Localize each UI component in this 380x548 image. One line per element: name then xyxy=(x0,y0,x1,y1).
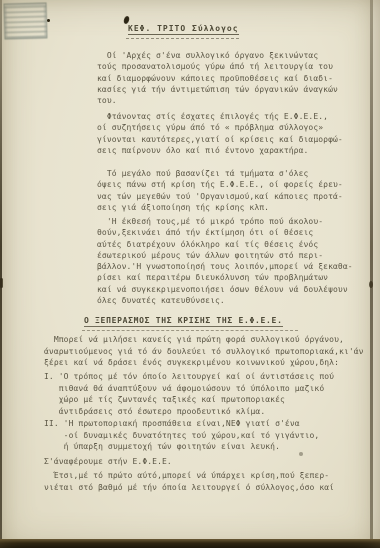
text-line: Φτάνοντας στίς έσχατες έπιλογές τής Ε.Φ.… xyxy=(97,111,369,122)
text-line: -οί δυναμικές δυνατότητες τού χώρου,καί … xyxy=(44,430,372,442)
text-line: Ι. 'Ο τρόπος μέ τόν όποίο λειτουργεί καί… xyxy=(44,371,372,383)
text-line: χώρο μέ τίς ζωντανές ταξικές καί πρωτοπο… xyxy=(44,394,372,406)
text-line: όψεις πάνω στή κρίση τής Ε.Φ.Ε.Ε., οί φο… xyxy=(97,179,369,190)
paragraph: 'Η έκθεσή τους,μέ τό μικρό τρόπο πού άκο… xyxy=(97,216,369,306)
text-line: του. xyxy=(97,95,369,106)
text-line: ξέρει καί νά δράσει ένός συγκεκριμένου κ… xyxy=(44,357,372,369)
text-line: Τό μεγάλο πού βασανίζει τά τμήματα σ'όλε… xyxy=(97,168,369,179)
scanned-document-page: ΚΕΦ. ΤΡΙΤΟ Σύλλογος Οί 'Αρχές σ'ένα συλλ… xyxy=(0,0,380,548)
paragraph: Μπορεί νά μιλήσει κανείς γιά πρώτη φορά … xyxy=(44,334,372,369)
heading-underline xyxy=(82,330,298,331)
text-line: Σ'άναφέρουμε στήν Ε.Φ.Ε.Ε. xyxy=(44,456,372,468)
paragraph: Έτσι,μέ τό πρώτο αύτό,μπορεί νά ύπάρχει … xyxy=(44,470,372,493)
paragraph: Σ'άναφέρουμε στήν Ε.Φ.Ε.Ε. xyxy=(44,456,372,468)
text-line: ΙΙ. 'Η πρωτοποριακή προσπάθεια είναι,ΝΕΦ… xyxy=(44,418,372,430)
text-line: νιέται στό βαθμό μέ τήν όποία λειτουργεί… xyxy=(44,482,372,494)
list-item: Ι. 'Ο τρόπος μέ τόν όποίο λειτουργεί καί… xyxy=(44,371,372,418)
archive-stamp-icon xyxy=(4,2,48,39)
ink-speck xyxy=(47,19,50,22)
paragraph: Φτάνοντας στίς έσχατες έπιλογές τής Ε.Φ.… xyxy=(97,111,369,156)
text-line: καί νά συγκεκριμενοποιήσει όσων θέλουν ν… xyxy=(97,284,369,295)
text-line: γίνονται καυτότερες,γιατί οί κρίσεις καί… xyxy=(97,134,369,145)
text-line: Οί 'Αρχές σ'ένα συλλογικό όργανο ξεκινών… xyxy=(97,50,369,61)
text-line: θούν,ξεκινάει άπό τήν έκτίμηση ότι οί θέ… xyxy=(97,227,369,238)
text-line: τούς προσανατολισμούς γύρω άπό τή λειτου… xyxy=(97,61,369,72)
text-line: ή ύπαρξη συμμετοχή τών φοιτητών είναι λε… xyxy=(44,441,372,453)
text-line: Μπορεί νά μιλήσει κανείς γιά πρώτη φορά … xyxy=(44,334,372,346)
paper-edge-bottom xyxy=(0,539,380,548)
text-line: νας τών μεγεθών τού 'Οργανισμού,καί κάπο… xyxy=(97,191,369,202)
text-line: άντιδράσεις στό έσωτερο προοδευτικό κλίμ… xyxy=(44,406,372,418)
text-line: καί διαμορφώνουν κάποιες προϋποθέσεις κα… xyxy=(97,73,369,84)
paragraph: Οί 'Αρχές σ'ένα συλλογικό όργανο ξεκινών… xyxy=(97,50,369,106)
text-line: ρίσει καί περαιτέρω διευκόλυνση τών προβ… xyxy=(97,272,369,283)
paper-edge-left xyxy=(0,0,2,548)
text-line: όλες δυνατές κατευθύνσεις. xyxy=(97,295,369,306)
text-line: έσωτερικού μέρους τών άλλων φοιτητών στό… xyxy=(97,250,369,261)
list-item: ΙΙ. 'Η πρωτοποριακή προσπάθεια είναι,ΝΕΦ… xyxy=(44,418,372,453)
paragraph: Τό μεγάλο πού βασανίζει τά τμήματα σ'όλε… xyxy=(97,168,369,213)
title-underline xyxy=(126,38,239,39)
section-heading: Ο ΞΕΠΕΡΑΣΜΟΣ ΤΗΣ ΚΡΙΣΗΣ ΤΗΣ Ε.Φ.Ε.Ε. xyxy=(84,316,283,327)
text-line: κασίες γιά τήν άντιμετώπιση τών όργανικώ… xyxy=(97,84,369,95)
text-line: αύτές διατρέχουν όλόκληρο καί τίς θέσεις… xyxy=(97,239,369,250)
text-line: άναρωτιούμενος γιά τό άν δουλεύει τό συλ… xyxy=(44,346,372,358)
text-line: οί συζητήσεις γύρω άπό τό « πρόβλημα σύλ… xyxy=(97,122,369,133)
text-line: Έτσι,μέ τό πρώτο αύτό,μπορεί νά ύπάρχει … xyxy=(44,470,372,482)
text-line: 'Η έκθεσή τους,μέ τό μικρό τρόπο πού άκο… xyxy=(97,216,369,227)
text-line: σεις παίρνουν όλο καί πιό έντονο χαρακτή… xyxy=(97,145,369,156)
paper-edge-highlight xyxy=(373,0,380,548)
text-line: πιθανά θά άναπτύξουν νά άφομοιώσουν τό ύ… xyxy=(44,383,372,395)
doc-title: ΚΕΦ. ΤΡΙΤΟ Σύλλογος xyxy=(128,24,239,35)
text-line: σεις γιά άξιοποίηση τής κρίσης κλπ. xyxy=(97,202,369,213)
text-line: βάλλον.'Η γνωστοποίησή τους λοιπόν,μπορε… xyxy=(97,261,369,272)
